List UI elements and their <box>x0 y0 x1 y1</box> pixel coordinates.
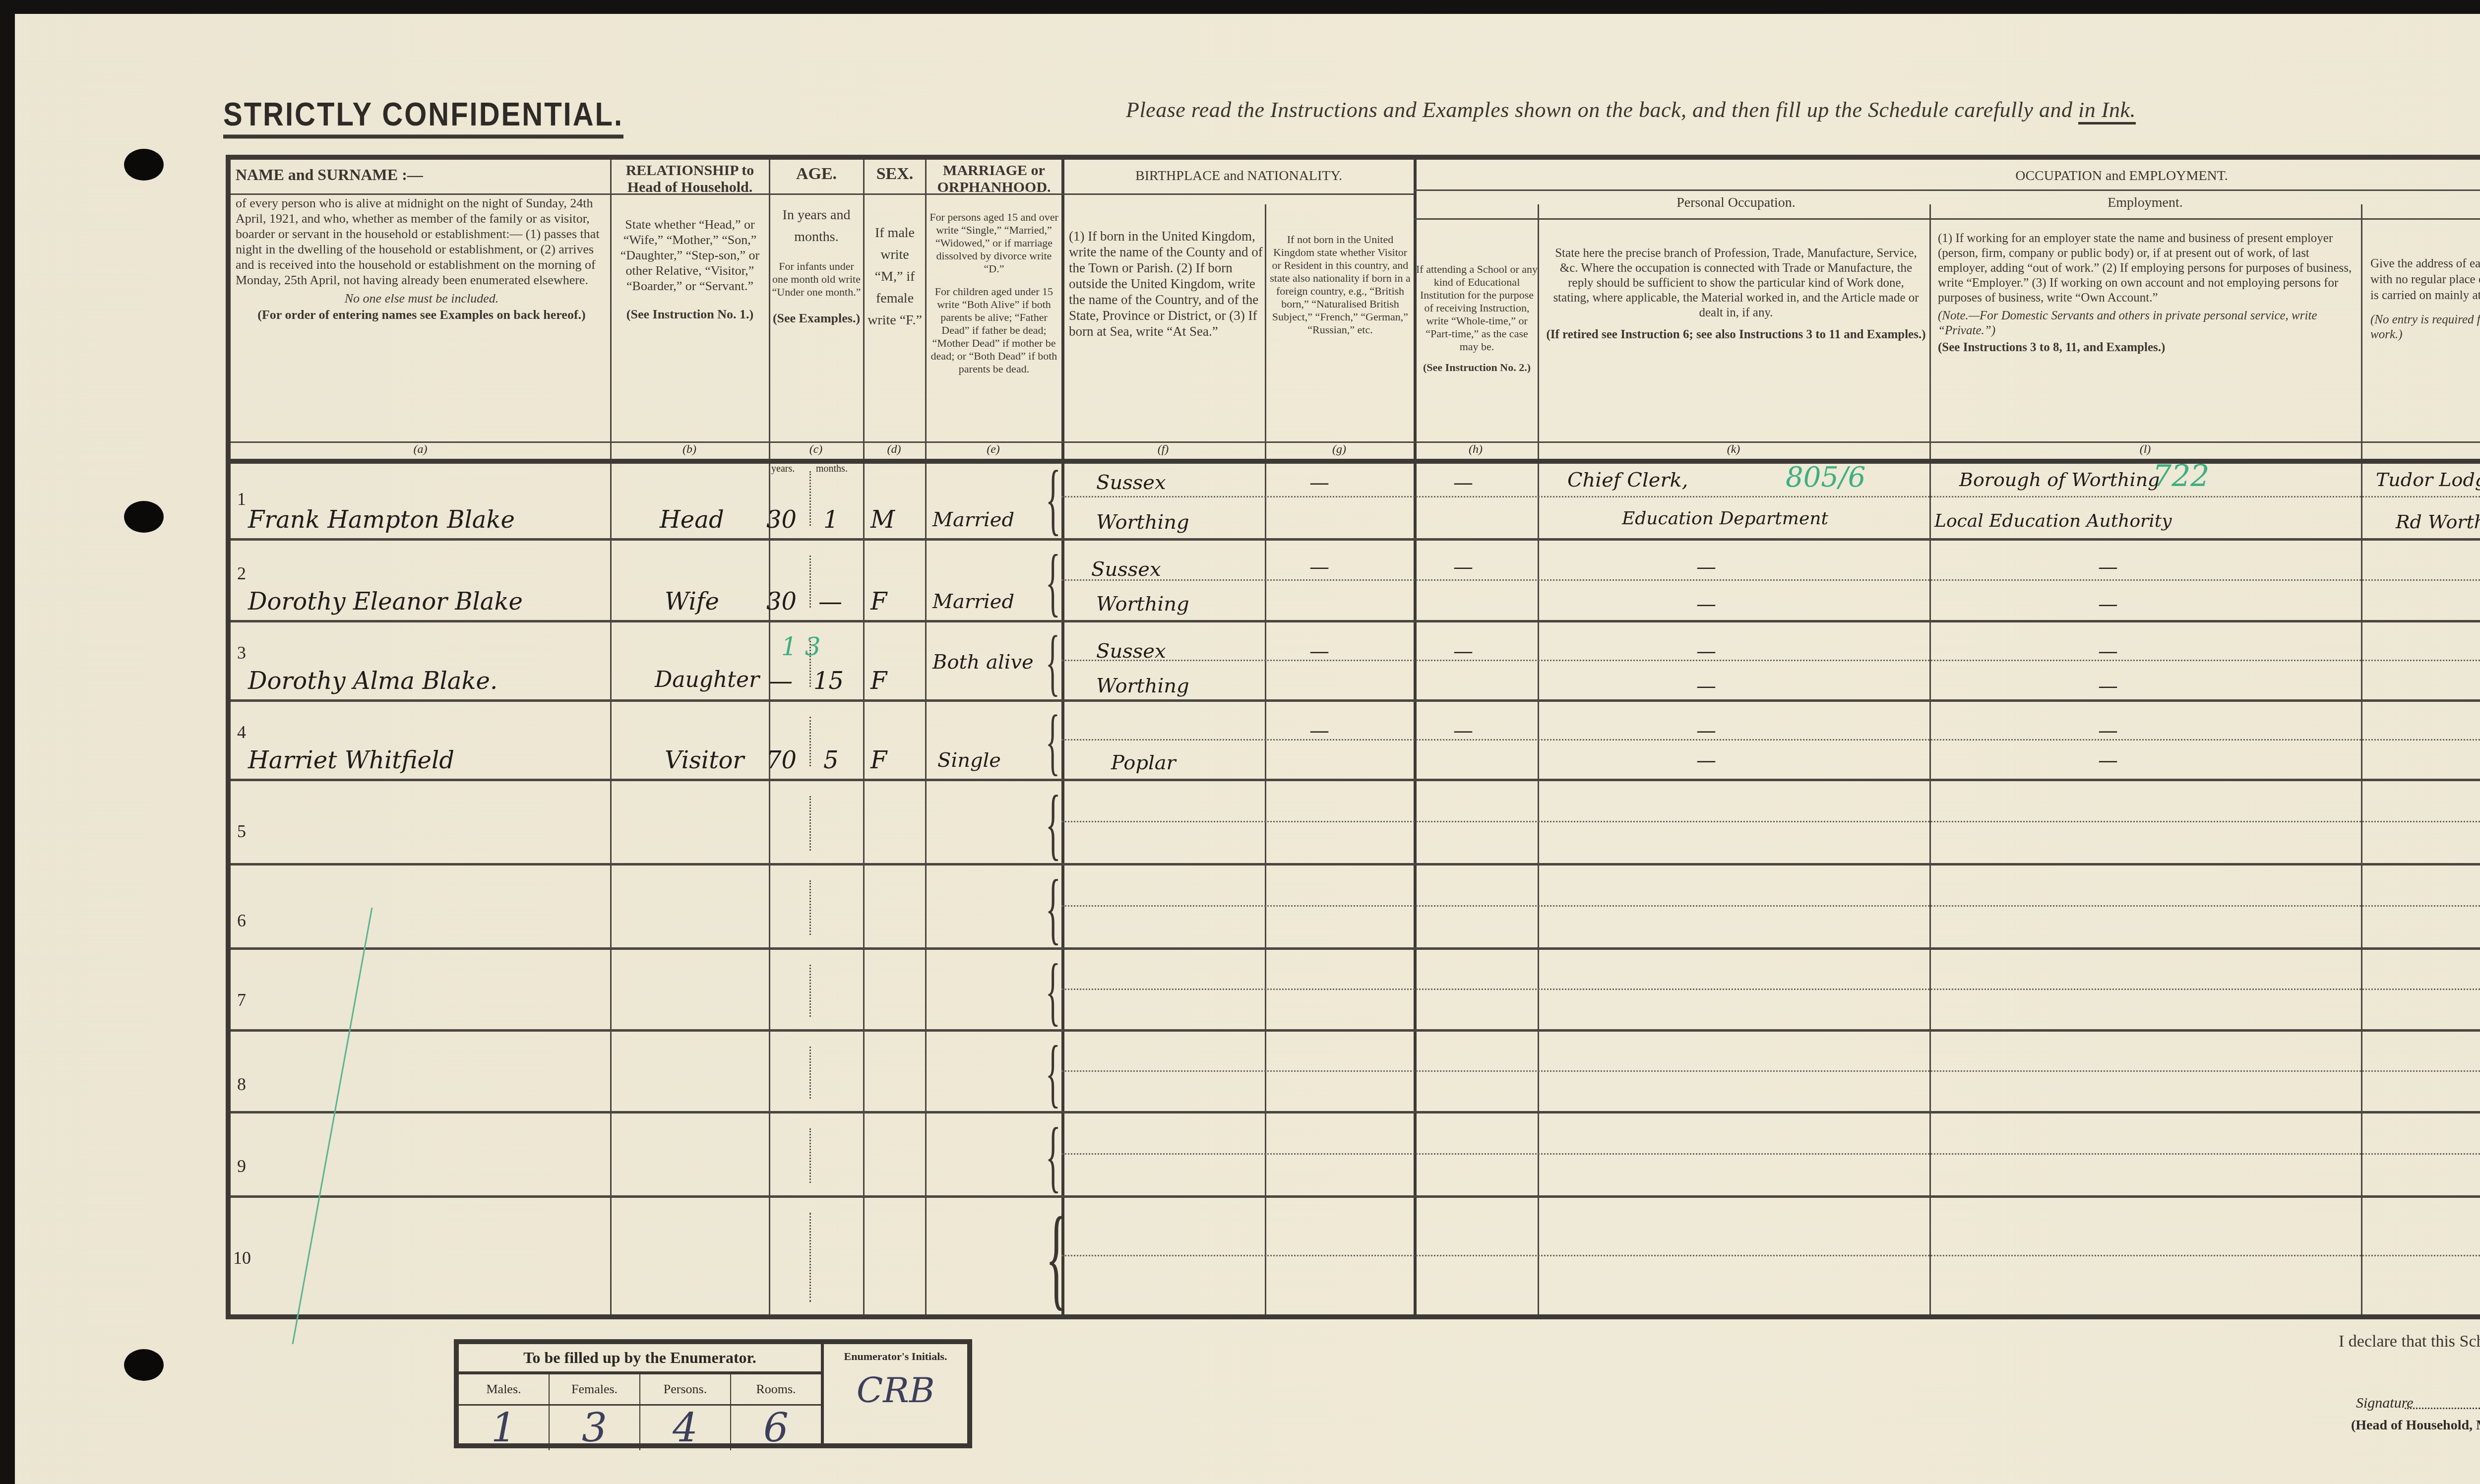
age-divider <box>809 1213 811 1302</box>
enumerator-count-box: To be filled up by the Enumerator. Males… <box>454 1339 972 1448</box>
col-letter: (e) <box>925 443 1061 456</box>
header-marriage: MARRIAGE or ORPHANHOOD. For persons aged… <box>928 162 1060 375</box>
cell-age-months[interactable]: 5 <box>823 746 839 774</box>
header-title: Personal Occupation. <box>1543 194 1929 211</box>
header-rule <box>1414 189 2480 191</box>
cell-birthplace-town[interactable]: Poplar <box>1111 751 1176 774</box>
header-desc: (1) If born in the United Kingdom, write… <box>1069 228 1265 339</box>
cell-relationship[interactable]: Wife <box>665 588 719 616</box>
row-midline <box>1061 1070 2480 1072</box>
cell-relationship[interactable]: Visitor <box>665 746 744 774</box>
row-midline <box>1061 739 2480 741</box>
brace-icon: { <box>1046 704 1060 779</box>
header-name: NAME and SURNAME :— of every person who … <box>236 165 608 322</box>
col-divider <box>2361 204 2362 1314</box>
cell-occupation-line1[interactable]: — <box>1696 640 1716 663</box>
column-letters-row: (a) (b) (c) (d) (e) (f) (g) (h) (k) (l) … <box>231 441 2480 464</box>
col-divider <box>1061 160 1064 1314</box>
header-desc: If attending a School or any kind of Edu… <box>1416 263 1538 353</box>
cell-name[interactable]: Frank Hampton Blake <box>248 506 515 534</box>
row-rule <box>231 1195 2480 1198</box>
header-note: (If retired see Instruction 6; see also … <box>1543 327 1929 342</box>
age-divider <box>809 556 811 608</box>
females-label: Females. <box>550 1374 639 1406</box>
header-note: No one else must be included. <box>236 291 608 306</box>
header-note: (See Instruction No. 1.) <box>613 307 767 322</box>
row-rule <box>231 538 2480 541</box>
brace-icon: { <box>1046 459 1061 538</box>
header-desc: Give the address of each person's place … <box>2363 256 2480 304</box>
punch-hole <box>124 149 164 181</box>
header-education: If attending a School or any kind of Edu… <box>1416 254 1538 374</box>
rooms-label: Rooms. <box>731 1374 821 1406</box>
row-midline <box>1061 579 2480 581</box>
persons-label: Persons. <box>640 1374 730 1406</box>
cell-age-years[interactable]: — <box>769 667 793 695</box>
header-desc: In years and months. <box>771 204 862 248</box>
cell-sex[interactable]: F <box>870 588 887 616</box>
col-divider <box>610 160 612 1314</box>
cell-employment-line2[interactable]: — <box>2098 749 2118 772</box>
occupation-code: 805/6 <box>1786 461 1865 494</box>
age-months-subhead: months. <box>816 463 848 475</box>
initials-label: Enumerator's Initials. <box>824 1344 967 1363</box>
header-note: (For order of entering names see Example… <box>236 307 608 322</box>
cell-nationality[interactable]: — <box>1309 471 1329 494</box>
row-number: 8 <box>237 1074 246 1095</box>
brace-icon: { <box>1046 868 1061 947</box>
cell-occupation-line2[interactable]: — <box>1696 593 1716 616</box>
col-letter: (b) <box>610 443 769 456</box>
cell-employment-line2[interactable]: — <box>2098 593 2118 616</box>
cell-education[interactable]: — <box>1453 640 1473 663</box>
header-birthplace-group: BIRTHPLACE and NATIONALITY. <box>1064 168 1414 185</box>
cell-age-years[interactable]: 30 <box>766 506 797 534</box>
age-divider <box>809 880 811 935</box>
header-title: RELATIONSHIP to Head of Household. <box>613 162 767 196</box>
row-number: 10 <box>233 1247 251 1268</box>
cell-marriage[interactable]: Both alive <box>932 647 1047 677</box>
col-divider <box>1538 204 1539 1314</box>
row-rule <box>231 1111 2480 1113</box>
header-note: (Note.—For Domestic Servants and others … <box>1932 309 2358 338</box>
initials-value[interactable]: CRB <box>824 1363 967 1443</box>
row-rule <box>231 863 2480 866</box>
cell-nationality[interactable]: — <box>1309 719 1329 742</box>
males-label: Males. <box>459 1374 549 1406</box>
header-note: (No entry is required for any person who… <box>2363 312 2480 342</box>
cell-education[interactable]: — <box>1453 471 1473 494</box>
row-number: 4 <box>237 722 246 742</box>
header-title: Employment. <box>1932 194 2358 211</box>
header-note: (See Instruction No. 2.) <box>1416 361 1538 374</box>
cell-occupation-line2[interactable]: Education Department <box>1622 508 1828 529</box>
col-divider <box>1265 204 1266 1314</box>
col-letter: (k) <box>1538 443 1929 456</box>
col-divider <box>863 160 865 1314</box>
cell-birthplace-county[interactable]: Sussex <box>1096 640 1166 663</box>
row-number: 7 <box>237 989 246 1010</box>
cell-occupation-line2[interactable]: — <box>1696 749 1716 772</box>
males-value[interactable]: 1 <box>459 1406 549 1450</box>
col-letter: (l) <box>1929 443 2361 456</box>
header-desc: State whether “Head,” or “Wife,” “Mother… <box>613 217 767 294</box>
header-note: (See Examples.) <box>771 310 862 326</box>
cell-employment-line2[interactable]: — <box>2098 675 2118 697</box>
cell-education[interactable]: — <box>1453 719 1473 742</box>
row-midline <box>1061 496 2480 497</box>
brace-icon: { <box>1046 1200 1067 1314</box>
cell-age-years[interactable]: 70 <box>766 746 797 774</box>
row-midline <box>1061 905 2480 907</box>
punch-hole <box>124 501 164 533</box>
row-midline <box>1061 660 2480 661</box>
cell-workplace-line1[interactable]: Tudor Lodge, Chapel <box>2376 469 2480 491</box>
cell-birthplace-town[interactable]: Worthing <box>1096 511 1189 534</box>
employment-code: 722 <box>2153 459 2210 494</box>
cell-age-months[interactable]: — <box>818 588 842 616</box>
brace-icon: { <box>1046 1116 1061 1195</box>
cell-birthplace-county[interactable]: Sussex <box>1091 558 1161 581</box>
header-desc: For persons aged 15 and over write “Sing… <box>928 211 1060 275</box>
age-divider <box>809 717 811 766</box>
header-nationality: If not born in the United Kingdom state … <box>1268 224 1412 336</box>
brace-icon: { <box>1046 784 1061 863</box>
col-divider <box>925 160 927 1314</box>
cell-workplace-line2[interactable]: Rd Worthing <box>2396 511 2480 533</box>
col-divider <box>769 160 770 1314</box>
header-relationship: RELATIONSHIP to Head of Household. State… <box>613 162 767 322</box>
age-years-subhead: years. <box>771 463 795 475</box>
header-title: SEX. <box>866 166 924 183</box>
cell-relationship[interactable]: Head <box>660 506 724 534</box>
brace-icon: { <box>1046 1034 1060 1111</box>
green-pencil-stroke <box>288 908 387 1344</box>
cell-sex[interactable]: F <box>870 746 887 774</box>
header-title: Place of Work. <box>2363 194 2480 211</box>
age-divider <box>809 1128 811 1183</box>
cell-age-months[interactable]: 1 <box>823 506 839 534</box>
cell-occupation-line1[interactable]: Chief Clerk, <box>1567 469 1688 492</box>
header-note: For children aged under 15 write “Both A… <box>928 285 1060 375</box>
row-number: 3 <box>237 642 246 663</box>
header-desc: State here the precise branch of Profess… <box>1543 246 1929 320</box>
row-number: 9 <box>237 1156 246 1176</box>
row-rule <box>231 947 2480 950</box>
row-rule <box>231 620 2480 622</box>
declaration-text: I declare that this Schedule is correctl… <box>2339 1332 2480 1351</box>
age-correction: 1 3 <box>781 632 821 661</box>
cell-nationality[interactable]: — <box>1309 556 1329 578</box>
header-title: AGE. <box>771 166 862 183</box>
header-title: NAME and SURNAME :— <box>236 165 608 185</box>
cell-employment-line1[interactable]: — <box>2098 556 2118 578</box>
cell-occupation-line1[interactable]: — <box>1696 719 1716 742</box>
row-number: 5 <box>237 821 246 842</box>
punch-hole <box>124 1349 164 1381</box>
cell-birthplace-county[interactable]: Sussex <box>1096 471 1166 494</box>
age-divider <box>809 471 811 526</box>
col-letter: (a) <box>231 443 610 456</box>
header-occupation-group: OCCUPATION and EMPLOYMENT. <box>1540 168 2480 185</box>
brace-icon: { <box>1046 952 1060 1029</box>
row-rule <box>231 779 2480 781</box>
header-note: For infants under one month old write “U… <box>771 260 862 299</box>
col-letter: (h) <box>1414 443 1538 456</box>
cell-nationality[interactable]: — <box>1309 640 1329 663</box>
col-letter: (g) <box>1265 443 1414 456</box>
col-letter: (d) <box>863 443 925 456</box>
row-midline <box>1061 821 2480 822</box>
header-desc: (1) If working for an employer state the… <box>1932 231 2358 306</box>
rooms-value[interactable]: 6 <box>731 1406 821 1450</box>
cell-age-years[interactable]: 30 <box>766 588 797 616</box>
cell-education[interactable]: — <box>1453 556 1473 578</box>
cell-employment-line1[interactable]: — <box>2098 640 2118 663</box>
age-divider <box>809 1047 811 1099</box>
col-letter: (c) <box>769 443 863 456</box>
cell-occupation-line2[interactable]: — <box>1696 675 1716 697</box>
cell-marriage[interactable]: Single <box>937 749 1001 772</box>
cell-sex[interactable]: F <box>870 667 887 695</box>
cell-name[interactable]: Dorothy Alma Blake. <box>248 667 497 695</box>
instructions-text: Please read the Instructions and Example… <box>1126 98 2078 122</box>
header-age: AGE. In years and months. For infants un… <box>771 166 862 326</box>
cell-employment-line1[interactable]: Borough of Worthing <box>1959 469 2160 491</box>
household-table: NAME and SURNAME :— of every person who … <box>226 155 2480 1319</box>
row-midline <box>1061 1255 2480 1256</box>
header-sex: SEX. If male write “M,” if female write … <box>866 166 924 331</box>
header-desc: If not born in the United Kingdom state … <box>1268 233 1412 336</box>
col-letter: (m) <box>2361 443 2480 456</box>
header-group-title: OCCUPATION and EMPLOYMENT. <box>1540 168 2480 185</box>
enumerator-heading: To be filled up by the Enumerator. <box>459 1344 821 1374</box>
header-note: (See Instructions 3 to 8, 11, and Exampl… <box>1932 340 2358 355</box>
age-divider <box>809 796 811 851</box>
col-divider <box>1929 204 1931 1314</box>
females-value[interactable]: 3 <box>550 1406 639 1450</box>
header-birthplace: (1) If born in the United Kingdom, write… <box>1069 219 1265 339</box>
row-number: 6 <box>237 910 246 931</box>
brace-icon: { <box>1046 625 1060 699</box>
row-number: 2 <box>237 563 246 584</box>
row-rule <box>231 699 2480 702</box>
cell-marriage[interactable]: Married <box>932 508 1014 531</box>
signature-line <box>2405 1408 2480 1409</box>
brace-icon: { <box>1046 543 1060 620</box>
cell-age-months[interactable]: 15 <box>813 667 844 695</box>
col-letter: (f) <box>1061 443 1265 456</box>
row-midline <box>1061 989 2480 990</box>
persons-value[interactable]: 4 <box>640 1406 730 1450</box>
instructions-line: Please read the Instructions and Example… <box>1126 97 2136 123</box>
signature-note: (Head of Household, Manager of Establish… <box>2351 1418 2480 1433</box>
age-divider <box>809 965 811 1017</box>
header-rule <box>1061 193 1414 195</box>
cell-marriage[interactable]: Married <box>932 590 1014 613</box>
cell-employment-line1[interactable]: — <box>2098 719 2118 742</box>
cell-occupation-line1[interactable]: — <box>1696 556 1716 578</box>
row-number: 1 <box>237 489 246 509</box>
cell-name[interactable]: Harriet Whitfield <box>248 746 454 774</box>
header-desc: of every person who is alive at midnight… <box>236 195 608 288</box>
row-rule <box>231 1029 2480 1032</box>
header-group-title: BIRTHPLACE and NATIONALITY. <box>1064 168 1414 185</box>
header-employment: Employment. (1) If working for an employ… <box>1932 194 2358 355</box>
cell-birthplace-town[interactable]: Worthing <box>1096 675 1189 697</box>
cell-sex[interactable]: M <box>870 506 895 534</box>
header-title: MARRIAGE or ORPHANHOOD. <box>928 162 1060 196</box>
cell-birthplace-town[interactable]: Worthing <box>1096 593 1189 616</box>
header-desc: If male write “M,” if female write “F.” <box>866 222 924 331</box>
header-place-of-work: Place of Work. Give the address of each … <box>2363 194 2480 342</box>
cell-name[interactable]: Dorothy Eleanor Blake <box>248 588 523 616</box>
row-midline <box>1061 1153 2480 1155</box>
header-personal-occupation: Personal Occupation. State here the prec… <box>1543 194 1929 342</box>
cell-relationship[interactable]: Daughter <box>655 667 759 692</box>
instructions-ink: in Ink. <box>2078 98 2136 124</box>
page-title: STRICTLY CONFIDENTIAL. <box>223 95 623 138</box>
cell-employment-line2[interactable]: Local Education Authority <box>1934 511 2172 531</box>
